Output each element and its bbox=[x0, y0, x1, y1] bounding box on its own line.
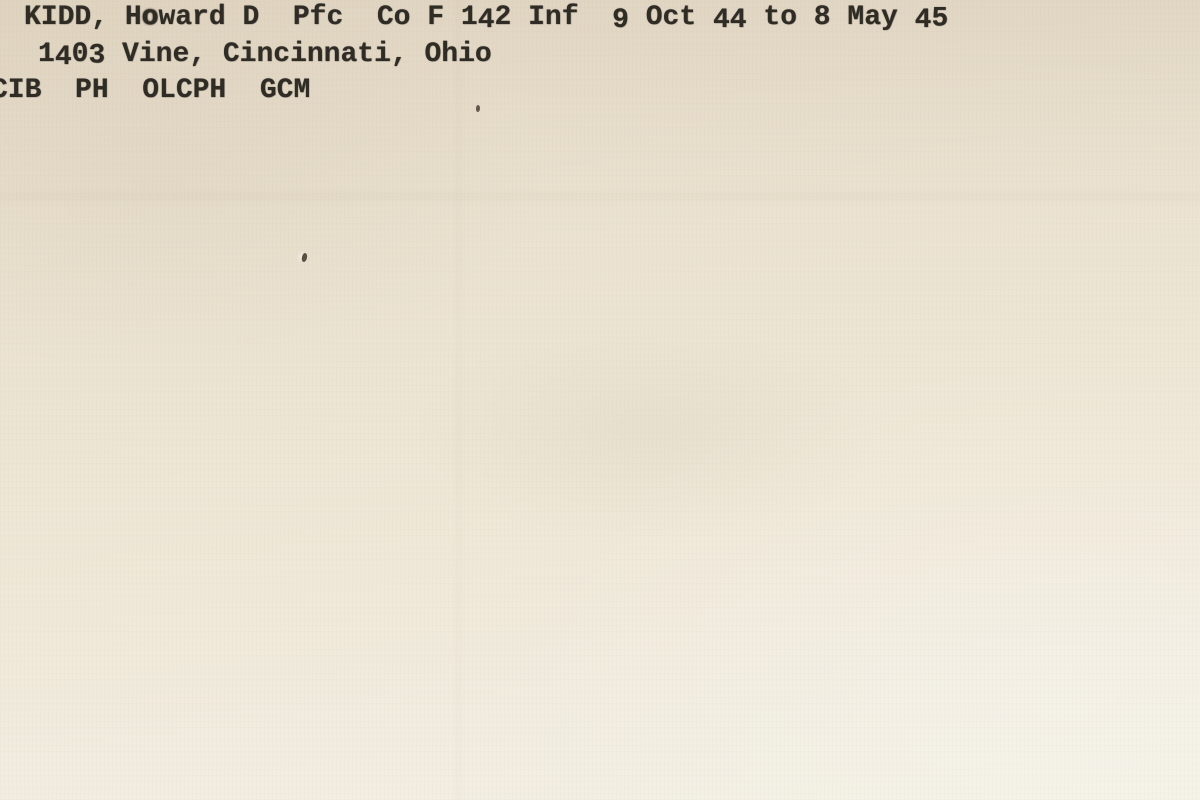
ink-speck bbox=[301, 253, 308, 263]
scanned-index-card: KIDD, Howard D Pfc Co F 142 Inf 9 Oct 44… bbox=[0, 0, 1200, 800]
ink-speck bbox=[476, 105, 480, 112]
service-record-line: KIDD, Howard D Pfc Co F 142 Inf 9 Oct 44… bbox=[24, 1, 948, 35]
address-line: 1403 Vine, Cincinnati, Ohio bbox=[38, 38, 492, 72]
awards-line: CIB PH OLCPH GCM bbox=[0, 74, 310, 108]
